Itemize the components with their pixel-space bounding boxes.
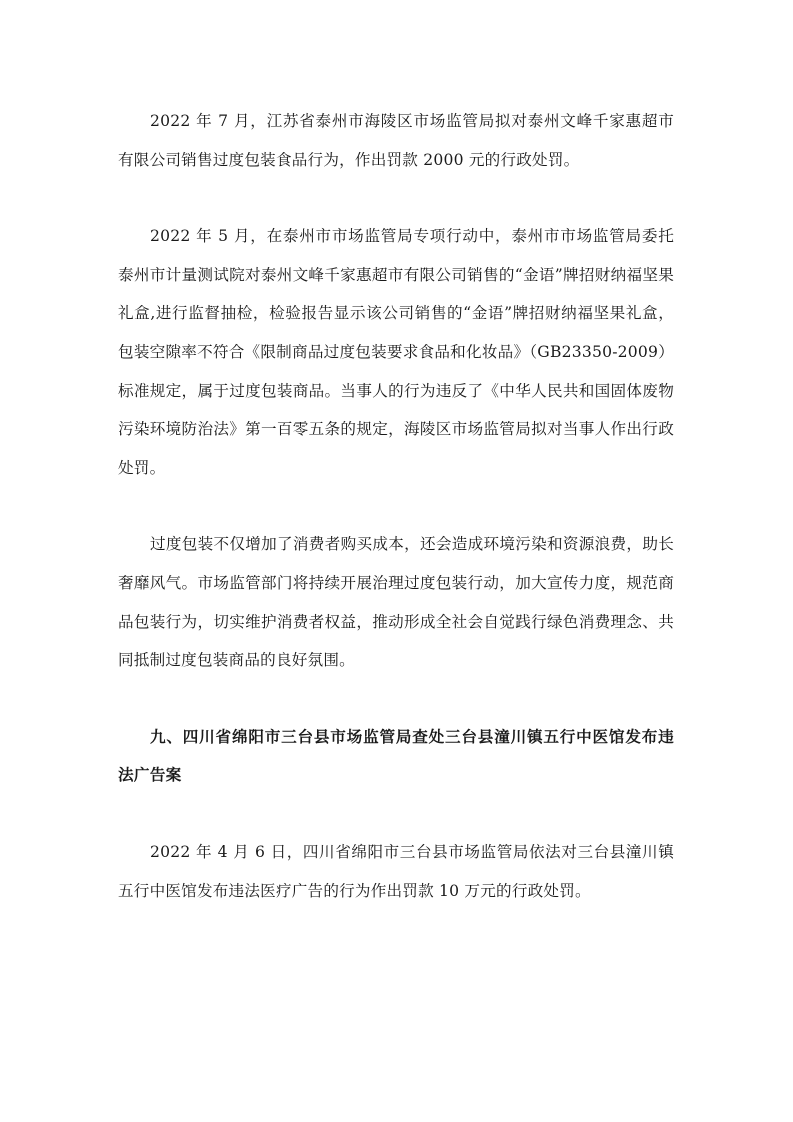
paragraph-regulatory-statement: 过度包装不仅增加了消费者购买成本，还会造成环境污染和资源浪费，助长奢靡风气。市场…: [118, 525, 674, 679]
section-heading-case-nine: 九、四川省绵阳市三台县市场监管局查处三台县潼川镇五行中医馆发布违法广告案: [118, 718, 674, 795]
paragraph-santai-penalty-summary: 2022 年 4 月 6 日，四川省绵阳市三台县市场监管局依法对三台县潼川镇五行…: [118, 833, 674, 910]
paragraph-inspection-details: 2022 年 5 月，在泰州市市场监管局专项行动中，泰州市市场监管局委托泰州市计…: [118, 217, 674, 487]
document-page: 2022 年 7 月，江苏省泰州市海陵区市场监管局拟对泰州文峰千家惠超市有限公司…: [118, 102, 674, 948]
paragraph-haiiling-penalty-summary: 2022 年 7 月，江苏省泰州市海陵区市场监管局拟对泰州文峰千家惠超市有限公司…: [118, 102, 674, 179]
